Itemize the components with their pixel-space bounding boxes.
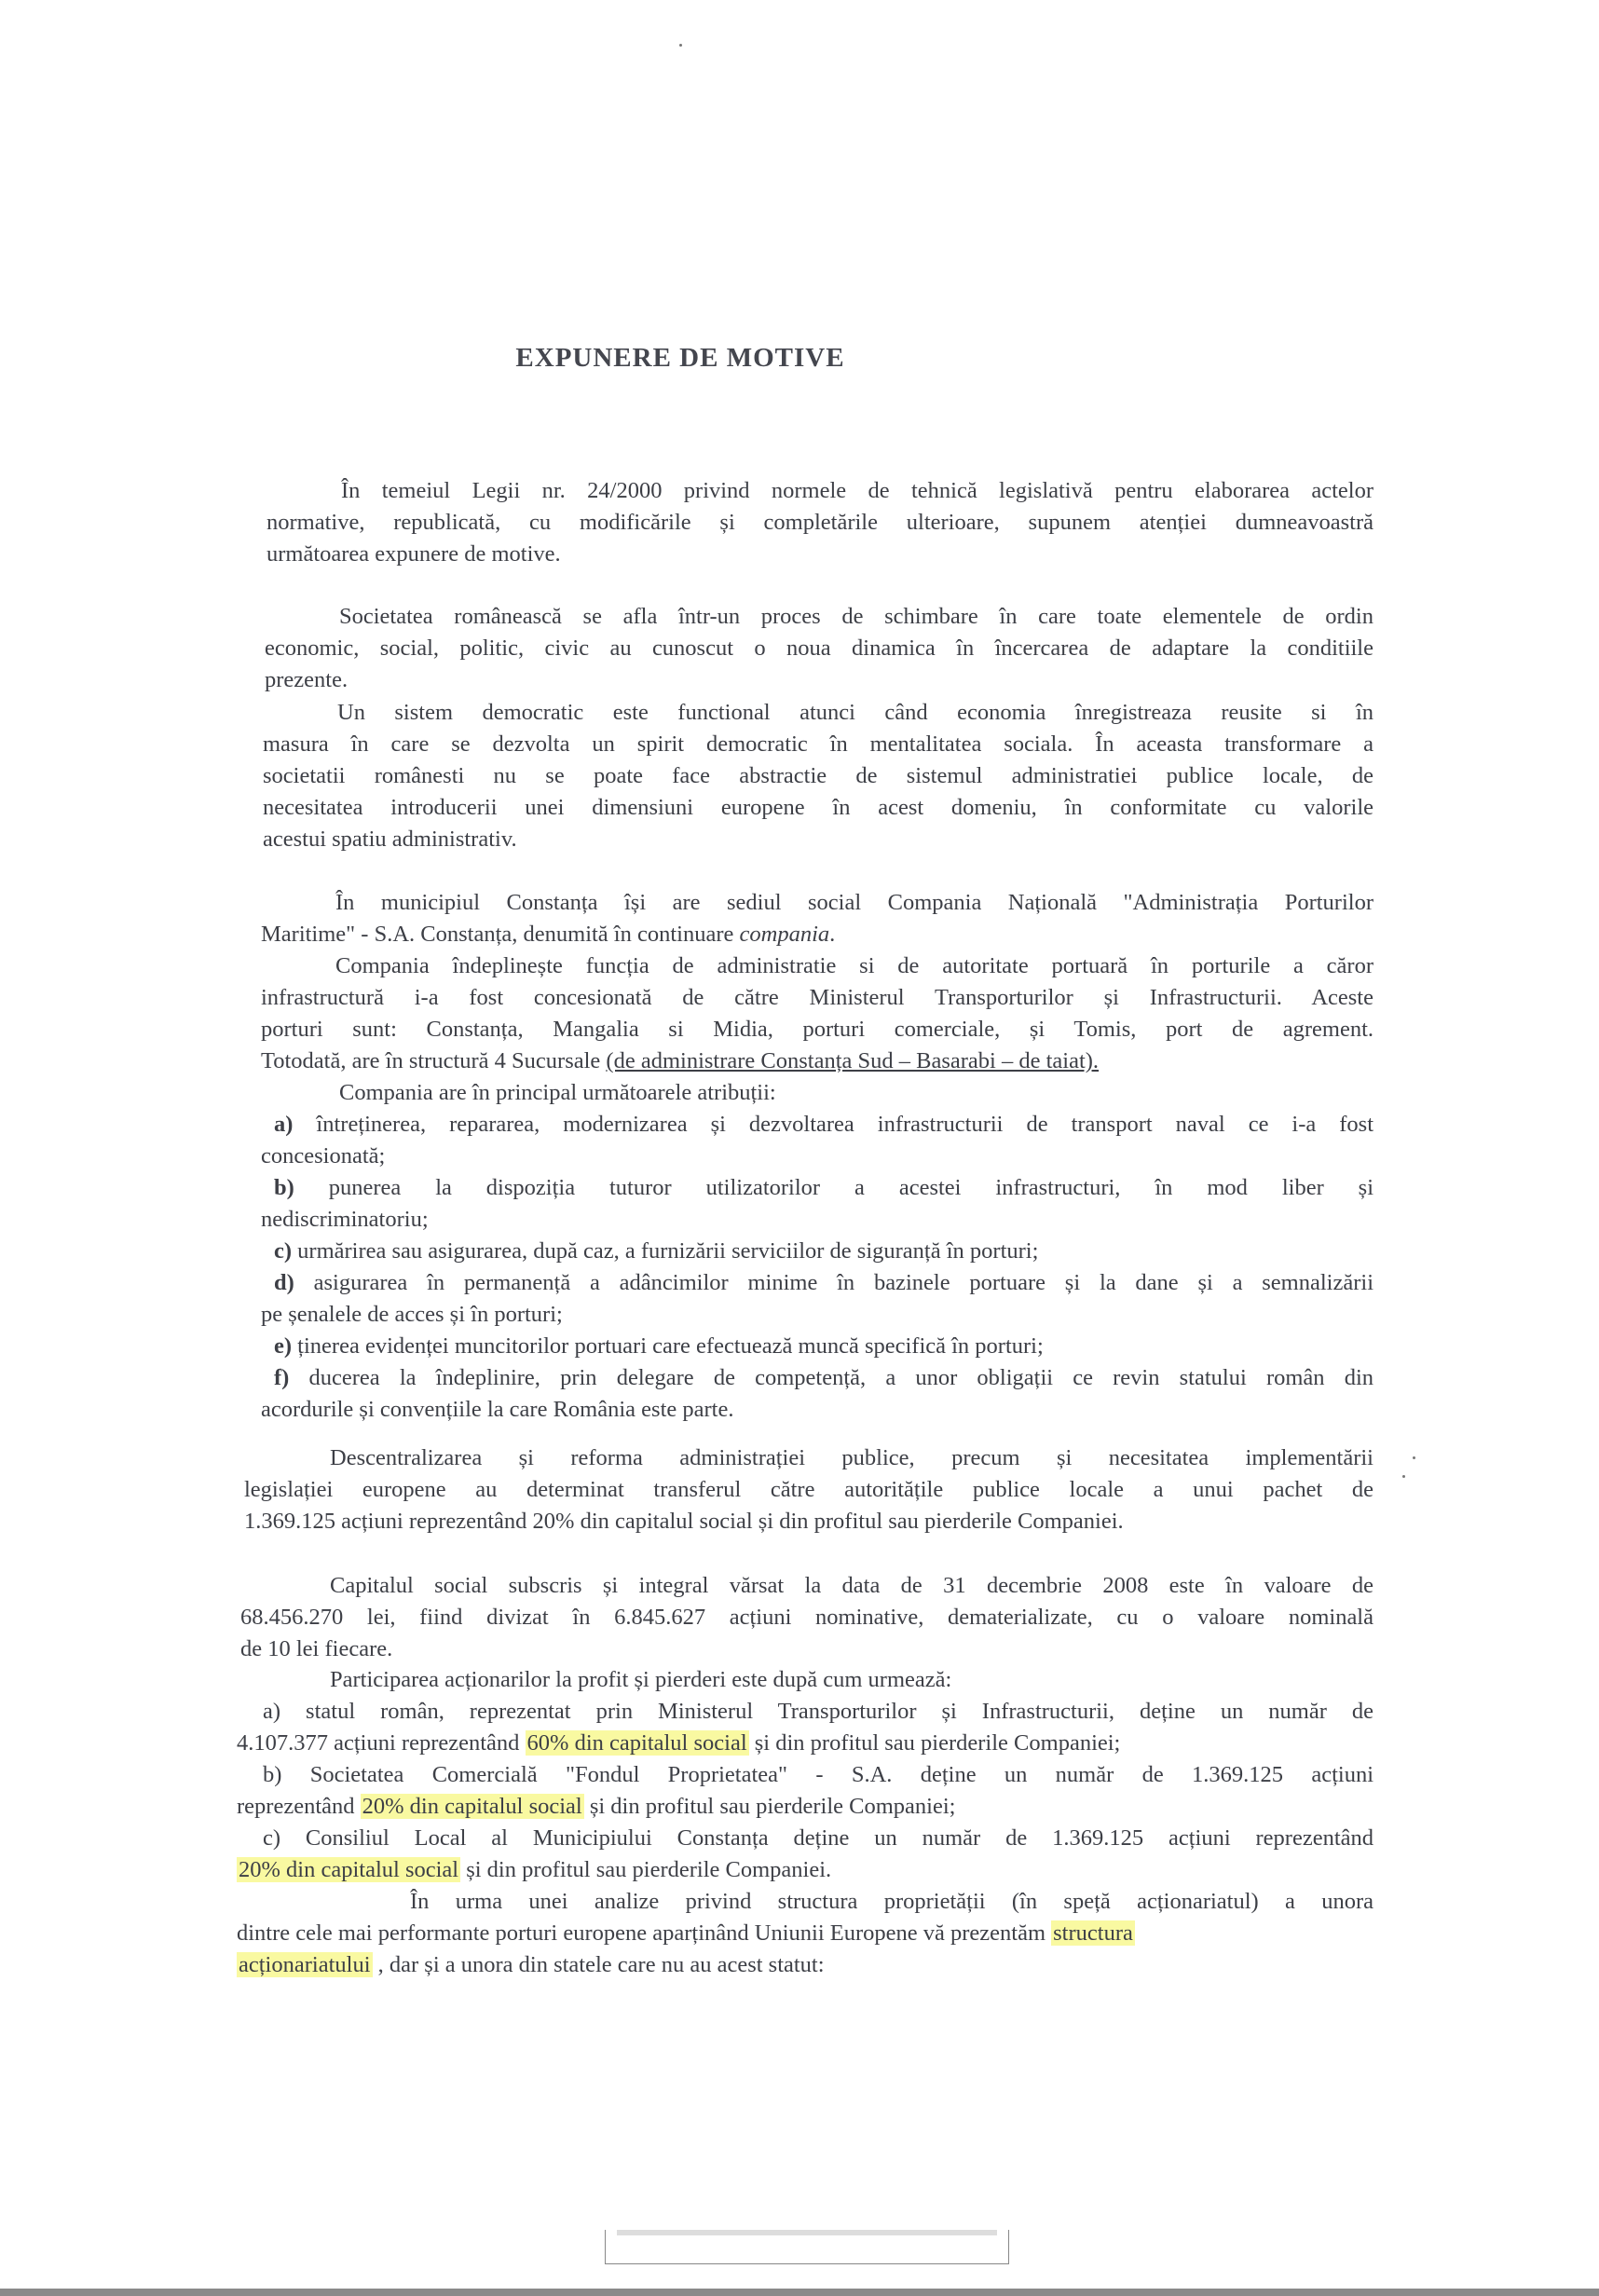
text-line: b) Societatea Comercială "Fondul Proprie… bbox=[237, 1759, 1373, 1791]
attribution-item-f: f) ducerea la îndeplinire, prin delegare… bbox=[261, 1362, 1373, 1426]
highlighted-text: acționariatului bbox=[237, 1952, 373, 1977]
list-letter: a) bbox=[263, 1699, 280, 1724]
text-line: 68.456.270 lei, fiind divizat în 6.845.6… bbox=[240, 1602, 1373, 1633]
highlighted-text: 60% din capitalul social bbox=[526, 1730, 749, 1756]
underlined-note: (de administrare Constanța Sud – Basarab… bbox=[606, 1048, 1099, 1073]
paragraph-society-change: Societatea românească se afla într-un pr… bbox=[265, 601, 1373, 696]
paragraph-company-seat: În municipiul Constanța își are sediul s… bbox=[261, 887, 1373, 950]
highlighted-text: structura bbox=[1051, 1920, 1135, 1946]
footer-box-shade bbox=[617, 2230, 997, 2235]
text-line: a) statul român, reprezentat prin Minist… bbox=[237, 1696, 1373, 1728]
paragraph-legal-basis: În temeiul Legii nr. 24/2000 privind nor… bbox=[266, 475, 1373, 570]
paragraph-democratic-system: Un sistem democratic este functional atu… bbox=[263, 697, 1373, 855]
text-span: , dar și a unora din statele care nu au … bbox=[373, 1952, 825, 1977]
text-line: următoarea expunere de motive. bbox=[266, 539, 1373, 570]
text-span: urmărirea sau asigurarea, după caz, a fu… bbox=[297, 1238, 1038, 1264]
text-line: legislației europene au determinat trans… bbox=[244, 1474, 1373, 1506]
text-span: . bbox=[829, 922, 835, 947]
text-line: Societatea românească se afla într-un pr… bbox=[265, 601, 1373, 633]
text-span: și din profitul sau pierderile Companiei… bbox=[584, 1794, 956, 1819]
attribution-item-a: a) întreținerea, repararea, modernizarea… bbox=[261, 1109, 1373, 1172]
text-line: economic, social, politic, civic au cuno… bbox=[265, 633, 1373, 664]
page-footer-box bbox=[605, 2230, 1009, 2264]
attributions-list: Compania are în principal următoarele at… bbox=[261, 1077, 1373, 1426]
text-line: c) urmărirea sau asigurarea, după caz, a… bbox=[261, 1236, 1373, 1267]
list-letter: e) bbox=[274, 1333, 292, 1359]
list-letter: b) bbox=[274, 1175, 294, 1200]
text-line: infrastructură i-a fost concesionată de … bbox=[261, 982, 1373, 1014]
highlighted-text: 20% din capitalul social bbox=[361, 1794, 584, 1819]
text-span: și din profitul sau pierderile Companiei… bbox=[460, 1857, 831, 1882]
text-line: acestui spatiu administrativ. bbox=[263, 824, 1373, 855]
scan-speck bbox=[1402, 1475, 1405, 1478]
list-letter: f) bbox=[274, 1365, 289, 1390]
text-line: Descentralizarea și reforma administrați… bbox=[244, 1442, 1373, 1474]
text-line: b) punerea la dispoziția tuturor utiliza… bbox=[261, 1172, 1373, 1204]
text-line: 1.369.125 acțiuni reprezentând 20% din c… bbox=[244, 1506, 1373, 1537]
scan-speck bbox=[679, 44, 682, 47]
text-line: c) Consiliul Local al Municipiului Const… bbox=[237, 1823, 1373, 1854]
list-letter: c) bbox=[263, 1825, 280, 1851]
text-span: ținerea evidenței muncitorilor portuari … bbox=[297, 1333, 1044, 1359]
text-span: 4.107.377 acțiuni reprezentând bbox=[237, 1730, 526, 1756]
text-line: nediscriminatoriu; bbox=[261, 1204, 1373, 1236]
text-line: acționariatului , dar și a unora din sta… bbox=[237, 1949, 1373, 1981]
text-line: Un sistem democratic este functional atu… bbox=[263, 697, 1373, 729]
list-letter: a) bbox=[274, 1112, 293, 1137]
attributions-intro: Compania are în principal următoarele at… bbox=[261, 1077, 1373, 1109]
text-line: Totodată, are în structură 4 Sucursale (… bbox=[261, 1045, 1373, 1077]
paragraph-port-analysis: În urma unei analize privind structura p… bbox=[237, 1886, 1373, 1981]
text-line: d) asigurarea în permanență a adâncimilo… bbox=[261, 1267, 1373, 1299]
text-span: Societatea Comercială "Fondul Proprietat… bbox=[310, 1762, 1373, 1787]
paragraph-share-capital: Capitalul social subscris și integral vă… bbox=[240, 1570, 1373, 1665]
text-span: statul român, reprezentat prin Ministeru… bbox=[306, 1699, 1373, 1724]
text-line: f) ducerea la îndeplinire, prin delegare… bbox=[261, 1362, 1373, 1394]
attribution-item-b: b) punerea la dispoziția tuturor utiliza… bbox=[261, 1172, 1373, 1236]
text-line: În temeiul Legii nr. 24/2000 privind nor… bbox=[266, 475, 1373, 507]
text-line: În urma unei analize privind structura p… bbox=[237, 1886, 1373, 1918]
text-span: Consiliul Local al Municipiului Constanț… bbox=[306, 1825, 1373, 1851]
shareholders-intro: Participarea acționarilor la profit și p… bbox=[237, 1664, 1373, 1696]
text-line: Compania îndeplinește funcția de adminis… bbox=[261, 950, 1373, 982]
text-line: Maritime" - S.A. Constanța, denumită în … bbox=[261, 919, 1373, 950]
text-line: concesionată; bbox=[261, 1141, 1373, 1172]
text-span: ducerea la îndeplinire, prin delegare de… bbox=[309, 1365, 1374, 1390]
text-line: pe șenalele de acces și în porturi; bbox=[261, 1299, 1373, 1331]
shareholder-item-c: c) Consiliul Local al Municipiului Const… bbox=[237, 1823, 1373, 1886]
list-letter: c) bbox=[274, 1238, 292, 1264]
text-span: punerea la dispoziția tuturor utilizator… bbox=[329, 1175, 1373, 1200]
text-line: 4.107.377 acțiuni reprezentând 60% din c… bbox=[237, 1728, 1373, 1759]
text-span: reprezentând bbox=[237, 1794, 361, 1819]
text-line: normative, republicată, cu modificările … bbox=[266, 507, 1373, 539]
text-line: de 10 lei fiecare. bbox=[240, 1633, 1373, 1665]
paragraph-decentralization: Descentralizarea și reforma administrați… bbox=[244, 1442, 1373, 1537]
text-line: prezente. bbox=[265, 664, 1373, 696]
text-line: a) întreținerea, repararea, modernizarea… bbox=[261, 1109, 1373, 1141]
paragraph-company-function: Compania îndeplinește funcția de adminis… bbox=[261, 950, 1373, 1077]
scan-edge-bar bbox=[0, 2289, 1599, 2296]
attribution-item-c: c) urmărirea sau asigurarea, după caz, a… bbox=[261, 1236, 1373, 1267]
text-line: necesitatea introducerii unei dimensiuni… bbox=[263, 792, 1373, 824]
document-page: EXPUNERE DE MOTIVE În temeiul Legii nr. … bbox=[0, 0, 1599, 2296]
text-span: asigurarea în permanență a adâncimilor m… bbox=[314, 1270, 1373, 1295]
attribution-item-d: d) asigurarea în permanență a adâncimilo… bbox=[261, 1267, 1373, 1331]
text-span: întreținerea, repararea, modernizarea și… bbox=[316, 1112, 1373, 1137]
text-line: În municipiul Constanța își are sediul s… bbox=[261, 887, 1373, 919]
text-line: masura în care se dezvolta un spirit dem… bbox=[263, 729, 1373, 760]
text-span: și din profitul sau pierderile Companiei… bbox=[749, 1730, 1121, 1756]
italic-term: compania bbox=[740, 922, 830, 947]
text-line: societatii românesti nu se poate face ab… bbox=[263, 760, 1373, 792]
list-letter: d) bbox=[274, 1270, 294, 1295]
scan-speck bbox=[1413, 1456, 1415, 1459]
list-letter: b) bbox=[263, 1762, 281, 1787]
text-line: Capitalul social subscris și integral vă… bbox=[240, 1570, 1373, 1602]
text-line: porturi sunt: Constanța, Mangalia si Mid… bbox=[261, 1014, 1373, 1045]
text-span: Maritime" - S.A. Constanța, denumită în … bbox=[261, 922, 740, 947]
document-title: EXPUNERE DE MOTIVE bbox=[0, 343, 1360, 374]
text-line: dintre cele mai performante porturi euro… bbox=[237, 1918, 1373, 1949]
text-line: reprezentând 20% din capitalul social și… bbox=[237, 1791, 1373, 1823]
highlighted-text: 20% din capitalul social bbox=[237, 1857, 460, 1882]
shareholders-list: Participarea acționarilor la profit și p… bbox=[237, 1664, 1373, 1886]
attribution-item-e: e) ținerea evidenței muncitorilor portua… bbox=[261, 1331, 1373, 1362]
shareholder-item-b: b) Societatea Comercială "Fondul Proprie… bbox=[237, 1759, 1373, 1823]
text-line: 20% din capitalul social și din profitul… bbox=[237, 1854, 1373, 1886]
shareholder-item-a: a) statul român, reprezentat prin Minist… bbox=[237, 1696, 1373, 1759]
text-line: e) ținerea evidenței muncitorilor portua… bbox=[261, 1331, 1373, 1362]
text-span: dintre cele mai performante porturi euro… bbox=[237, 1920, 1051, 1946]
text-line: acordurile și convențiile la care Români… bbox=[261, 1394, 1373, 1426]
text-span: Totodată, are în structură 4 Sucursale bbox=[261, 1048, 606, 1073]
